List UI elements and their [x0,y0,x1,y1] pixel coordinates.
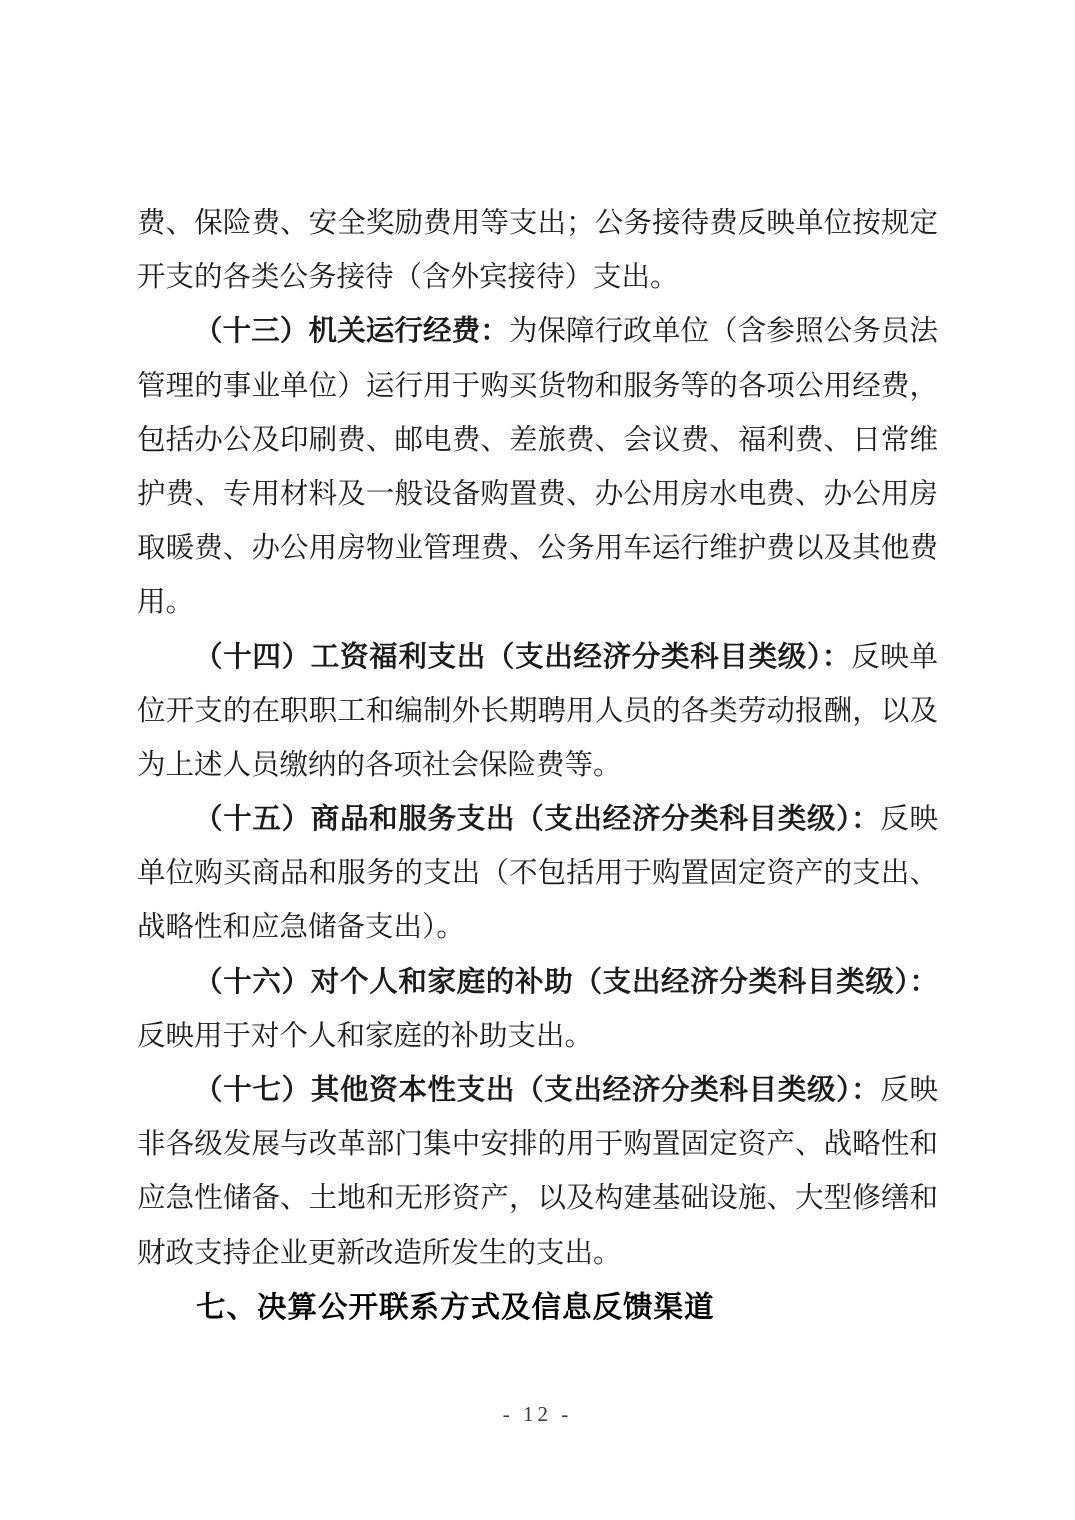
page-number: - 12 - [0,1402,1075,1427]
text-line: 管理的事业单位）运行用于购买货物和服务等的各项公用经费， [137,360,938,414]
text-line: 费、保险费、安全奖励费用等支出；公务接待费反映单位按规定 [137,197,938,251]
bold-lead-text: （十五）商品和服务支出（支出经济分类科目类级）： [194,804,880,835]
body-text: 取暖费、办公用房物业管理费、公务用车运行维护费以及其他费 [137,533,938,564]
body-text: 非各级发展与改革部门集中安排的用于购置固定资产、战略性和 [137,1129,938,1160]
text-line: 为上述人员缴纳的各项社会保险费等。 [137,739,938,793]
text-line: 七、决算公开联系方式及信息反馈渠道 [137,1281,938,1335]
bold-lead-text: （十七）其他资本性支出（支出经济分类科目类级）： [194,1075,880,1106]
body-text: 包括办公及印刷费、邮电费、差旅费、会议费、福利费、日常维 [137,425,938,456]
text-line: 战略性和应急储备支出）。 [137,901,938,955]
para-17-other-capital-expenditure: （十七）其他资本性支出（支出经济分类科目类级）：反映非各级发展与改革部门集中安排… [137,1064,938,1281]
heading-section-7-contact-feedback: 七、决算公开联系方式及信息反馈渠道 [137,1281,938,1335]
bold-lead-text: （十四）工资福利支出（支出经济分类科目类级）： [194,642,851,673]
text-line: 单位购买商品和服务的支出（不包括用于购置固定资产的支出、 [137,847,938,901]
body-text: 战略性和应急储备支出）。 [137,912,465,943]
para-14-salary-welfare-expenditure: （十四）工资福利支出（支出经济分类科目类级）：反映单位开支的在职职工和编制外长期… [137,631,938,794]
text-line: 护费、专用材料及一般设备购置费、办公用房水电费、办公用房 [137,468,938,522]
body-text: 为保障行政单位（含参照公务员法 [509,316,938,347]
body-text: 反映单 [851,642,938,673]
para-continuation-business-reception: 费、保险费、安全奖励费用等支出；公务接待费反映单位按规定开支的各类公务接待（含外… [137,197,938,305]
text-line: 用。 [137,576,938,630]
body-text: 反映 [880,1075,938,1106]
body-text: 反映用于对个人和家庭的补助支出。 [137,1021,593,1052]
document-content: 费、保险费、安全奖励费用等支出；公务接待费反映单位按规定开支的各类公务接待（含外… [137,197,938,1335]
body-text: 费、保险费、安全奖励费用等支出；公务接待费反映单位按规定 [137,208,938,239]
text-line: 应急性储备、土地和无形资产，以及构建基础设施、大型修缮和 [137,1172,938,1226]
body-text: 财政支持企业更新改造所发生的支出。 [137,1238,622,1269]
text-line: 开支的各类公务接待（含外宾接待）支出。 [137,251,938,305]
body-text: 位开支的在职职工和编制外长期聘用人员的各类劳动报酬，以及 [137,696,938,727]
body-text: 护费、专用材料及一般设备购置费、办公用房水电费、办公用房 [137,479,938,510]
text-line: 财政支持企业更新改造所发生的支出。 [137,1227,938,1281]
para-15-goods-services-expenditure: （十五）商品和服务支出（支出经济分类科目类级）：反映单位购买商品和服务的支出（不… [137,793,938,956]
document-page: 费、保险费、安全奖励费用等支出；公务接待费反映单位按规定开支的各类公务接待（含外… [0,0,1075,1520]
text-line: 反映用于对个人和家庭的补助支出。 [137,1010,938,1064]
para-16-subsidies-individuals-families: （十六）对个人和家庭的补助（支出经济分类科目类级）：反映用于对个人和家庭的补助支… [137,956,938,1064]
body-text: 应急性储备、土地和无形资产，以及构建基础设施、大型修缮和 [137,1183,938,1214]
body-text: 反映 [880,804,938,835]
text-line: 取暖费、办公用房物业管理费、公务用车运行维护费以及其他费 [137,522,938,576]
text-line: 位开支的在职职工和编制外长期聘用人员的各类劳动报酬，以及 [137,685,938,739]
text-line: （十七）其他资本性支出（支出经济分类科目类级）：反映 [137,1064,938,1118]
text-line: （十五）商品和服务支出（支出经济分类科目类级）：反映 [137,793,938,847]
body-text: 用。 [137,587,194,618]
body-text: 开支的各类公务接待（含外宾接待）支出。 [137,262,679,293]
para-13-agency-operating-funds: （十三）机关运行经费：为保障行政单位（含参照公务员法管理的事业单位）运行用于购买… [137,305,938,630]
text-line: （十三）机关运行经费：为保障行政单位（含参照公务员法 [137,305,938,359]
bold-lead-text: （十三）机关运行经费： [194,316,509,347]
body-text: 管理的事业单位）运行用于购买货物和服务等的各项公用经费， [137,371,938,402]
bold-lead-text: （十六）对个人和家庭的补助（支出经济分类科目类级）： [194,967,938,998]
text-line: 非各级发展与改革部门集中安排的用于购置固定资产、战略性和 [137,1118,938,1172]
bold-lead-text: 七、决算公开联系方式及信息反馈渠道 [196,1291,715,1324]
text-line: 包括办公及印刷费、邮电费、差旅费、会议费、福利费、日常维 [137,414,938,468]
text-line: （十四）工资福利支出（支出经济分类科目类级）：反映单 [137,631,938,685]
text-line: （十六）对个人和家庭的补助（支出经济分类科目类级）： [137,956,938,1010]
body-text: 单位购买商品和服务的支出（不包括用于购置固定资产的支出、 [137,858,938,889]
body-text: 为上述人员缴纳的各项社会保险费等。 [137,750,622,781]
